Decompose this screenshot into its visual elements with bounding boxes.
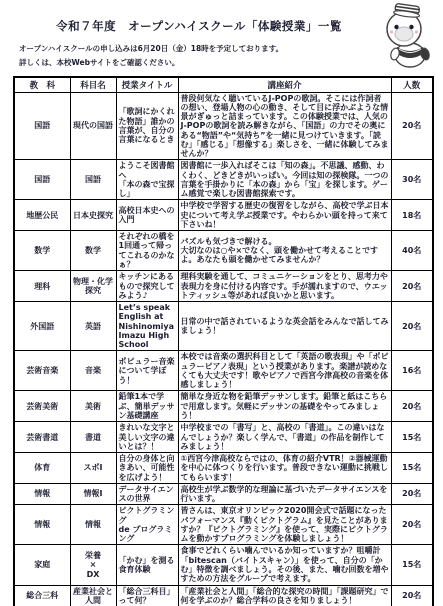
notice-line-2: 詳しくは、本校Webサイトをご確認ください。 — [19, 56, 431, 70]
table-row: 体育 スポⅠ 自分の身体と向きあい、可能性を広げよう！ ①西宮今津高校ならではの… — [14, 453, 433, 484]
subject-cell: 情報 — [14, 505, 70, 545]
table-row: 芸術音楽 音楽 ポピュラー音楽について学ぼう！ 本校では音楽の選択科目として「英… — [14, 351, 433, 391]
capacity-cell: 20名 — [391, 585, 433, 606]
table-row: 数学 数学 それぞれの橋を1回通って帰ってこれるのかなぁ？ パズルも気づきで解け… — [14, 231, 433, 271]
description-cell: 普段何気なく聴いているJ-POPの歌詞。そこには作詞者の想い、登場人物の心の動き… — [178, 92, 391, 160]
table-row: 情報 情報Ⅰ データサイエンスの世界 高校生が学ぶ数学的な理論に基づいたデータサ… — [14, 483, 433, 505]
description-cell: 中学校までの「書写」と、高校の「書道」。この違いはなんでしょうか？楽しく学んで、… — [178, 422, 391, 453]
course-cell: 情報 — [70, 505, 116, 545]
lesson-title-cell: 「歌詞にかくれた物語」誰かの言葉が、自分の言葉になるとき — [116, 92, 178, 160]
capacity-cell: 20名 — [391, 92, 433, 160]
description-cell: 理科実験を通して、コミュニケーションをとり、思考力や表現力を身に付ける内容です。… — [178, 271, 391, 302]
lesson-title-cell: キッチンにあるもので探究してみよう♪ — [116, 271, 178, 302]
capacity-cell: 15名 — [391, 545, 433, 585]
capacity-cell: 20名 — [391, 391, 433, 422]
table-row: 情報 情報 ピクトグラミング de プログラミング 皆さんは、東京オリンピック2… — [14, 505, 433, 545]
header-subject: 教 科 — [14, 77, 70, 93]
table-row: 国語 国語 ようこそ図書館へ 「本の森で宝探し」 図書館に一歩入ればそこは「知の… — [14, 160, 433, 200]
lesson-title-cell: 「総合三科目」って何？ — [116, 585, 178, 606]
course-cell: 数学 — [70, 231, 116, 271]
lesson-title-cell: ピクトグラミング de プログラミング — [116, 505, 178, 545]
course-cell: 情報Ⅰ — [70, 483, 116, 505]
lesson-title-cell: それぞれの橋を1回通って帰ってこれるのかなぁ？ — [116, 231, 178, 271]
subject-cell: 国語 — [14, 160, 70, 200]
description-cell: 簡単な身近な物を鉛筆デッサンします。鉛筆と紙はこちらで用意します。気軽にデッサン… — [178, 391, 391, 422]
table-row: 国語 現代の国語 「歌詞にかくれた物語」誰かの言葉が、自分の言葉になるとき 普段… — [14, 92, 433, 160]
course-cell: 書道 — [70, 422, 116, 453]
table-row: 芸術美術 美術 鉛筆1本で学ぶ、簡単デッサン基礎講座 簡単な身近な物を鉛筆デッサ… — [14, 391, 433, 422]
course-cell: 日本史探究 — [70, 200, 116, 231]
table-row: 地歴公民 日本史探究 高校日本史への入門 中学校で学習する歴史の復習をしながら、… — [14, 200, 433, 231]
description-cell: 食事でどれくらい噛んでいるか知っていますか？咀嚼計「bitescan（バイトスキ… — [178, 545, 391, 585]
capacity-cell: 15名 — [391, 453, 433, 484]
course-cell: 美術 — [70, 391, 116, 422]
penguin-mascot-icon — [377, 3, 437, 69]
description-cell: 「産業社会と人間」「総合的な探究の時間」「課題研究」で何を学ぶのか？総合学科の良… — [178, 585, 391, 606]
table-row: 外国語 英語 Let’s speak English at Nishinomiy… — [14, 302, 433, 351]
course-cell: 英語 — [70, 302, 116, 351]
subject-cell: 芸術音楽 — [14, 351, 70, 391]
subject-cell: 外国語 — [14, 302, 70, 351]
subject-cell: 芸術書道 — [14, 422, 70, 453]
table-row: 理科 物理・化学 探究 キッチンにあるもので探究してみよう♪ 理科実験を通して、… — [14, 271, 433, 302]
lesson-table: 教 科 科目名 授業タイトル 講座紹介 人数 国語 現代の国語 「歌詞にかくれた… — [13, 76, 434, 606]
table-body: 国語 現代の国語 「歌詞にかくれた物語」誰かの言葉が、自分の言葉になるとき 普段… — [14, 92, 433, 606]
lesson-title-cell: きれいな文字と美しい文字の違いとは？！ — [116, 422, 178, 453]
description-cell: 日常の中で話されているような英会話をみんなで話してみましょう！ — [178, 302, 391, 351]
capacity-cell: 30名 — [391, 160, 433, 200]
capacity-cell: 15名 — [391, 422, 433, 453]
description-cell: 皆さんは、東京オリンピック2020開会式で話題になったパフォーマンス『動くピクト… — [178, 505, 391, 545]
capacity-cell: 40名 — [391, 231, 433, 271]
capacity-cell: 20名 — [391, 483, 433, 505]
course-cell: 栄養 × DX — [70, 545, 116, 585]
subject-cell: 情報 — [14, 483, 70, 505]
subject-cell: 地歴公民 — [14, 200, 70, 231]
course-cell: 産業社会と人間 — [70, 585, 116, 606]
lesson-title-cell: データサイエンスの世界 — [116, 483, 178, 505]
table-row: 家庭 栄養 × DX 「かむ」を測る食育体験 食事でどれくらい噛んでいるか知って… — [14, 545, 433, 585]
lesson-title-cell: ようこそ図書館へ 「本の森で宝探し」 — [116, 160, 178, 200]
document-page: 令和７年度 オープンハイスクール「体験授業」一覧 オープンハイスクールの申し込み… — [0, 0, 443, 606]
subject-cell: 家庭 — [14, 545, 70, 585]
course-cell: 国語 — [70, 160, 116, 200]
subject-cell: 国語 — [14, 92, 70, 160]
lesson-title-cell: Let’s speak English at Nishinomiya Imazu… — [116, 302, 178, 351]
lesson-title-cell: 鉛筆1本で学ぶ、簡単デッサン基礎講座 — [116, 391, 178, 422]
description-cell: 図書館に一歩入ればそこは「知の森」。不思議、感動、わくわく、どきどきがいっぱい。… — [178, 160, 391, 200]
course-cell: 音楽 — [70, 351, 116, 391]
description-cell: ①西宮今津高校ならではの、体育の紹介VTR！②器械運動を中心に体つくりを行います… — [178, 453, 391, 484]
lesson-title-cell: 高校日本史への入門 — [116, 200, 178, 231]
capacity-cell: 18名 — [391, 200, 433, 231]
capacity-cell: 20名 — [391, 271, 433, 302]
header-course: 科目名 — [70, 77, 116, 93]
capacity-cell: 20名 — [391, 505, 433, 545]
course-cell: 現代の国語 — [70, 92, 116, 160]
lesson-title-cell: 自分の身体と向きあい、可能性を広げよう！ — [116, 453, 178, 484]
lesson-title-cell: ポピュラー音楽について学ぼう！ — [116, 351, 178, 391]
page-title: 令和７年度 オープンハイスクール「体験授業」一覧 — [13, 18, 431, 34]
description-cell: 本校では音楽の選択科目として「英語の歌表現」や「ポピュラーピアノ表現」という授業… — [178, 351, 391, 391]
subject-cell: 芸術美術 — [14, 391, 70, 422]
description-cell: 高校生が学ぶ数学的な理論に基づいたデータサイエンスを行います。 — [178, 483, 391, 505]
course-cell: スポⅠ — [70, 453, 116, 484]
capacity-cell: 16名 — [391, 351, 433, 391]
capacity-cell: 20名 — [391, 302, 433, 351]
table-header-row: 教 科 科目名 授業タイトル 講座紹介 人数 — [14, 77, 433, 93]
subject-cell: 体育 — [14, 453, 70, 484]
subject-cell: 数学 — [14, 231, 70, 271]
description-cell: パズルも気づきで解ける。 大切なのは○や×でなく、頭を働かせて考えることですよ。… — [178, 231, 391, 271]
header-description: 講座紹介 — [178, 77, 391, 93]
description-cell: 中学校で学習する歴史の復習をしながら、高校で学ぶ日本史について考え学ぶ授業です。… — [178, 200, 391, 231]
subject-cell: 総合三科 — [14, 585, 70, 606]
notice-block: オープンハイスクールの申し込みは6月20日（金）18時を予定しております。 詳し… — [19, 42, 431, 71]
table-row: 総合三科 産業社会と人間 「総合三科目」って何？ 「産業社会と人間」「総合的な探… — [14, 585, 433, 606]
lesson-title-cell: 「かむ」を測る食育体験 — [116, 545, 178, 585]
notice-line-1: オープンハイスクールの申し込みは6月20日（金）18時を予定しております。 — [19, 42, 431, 56]
course-cell: 物理・化学 探究 — [70, 271, 116, 302]
subject-cell: 理科 — [14, 271, 70, 302]
header-capacity: 人数 — [391, 77, 433, 93]
header-lesson-title: 授業タイトル — [116, 77, 178, 93]
table-row: 芸術書道 書道 きれいな文字と美しい文字の違いとは？！ 中学校までの「書写」と、… — [14, 422, 433, 453]
